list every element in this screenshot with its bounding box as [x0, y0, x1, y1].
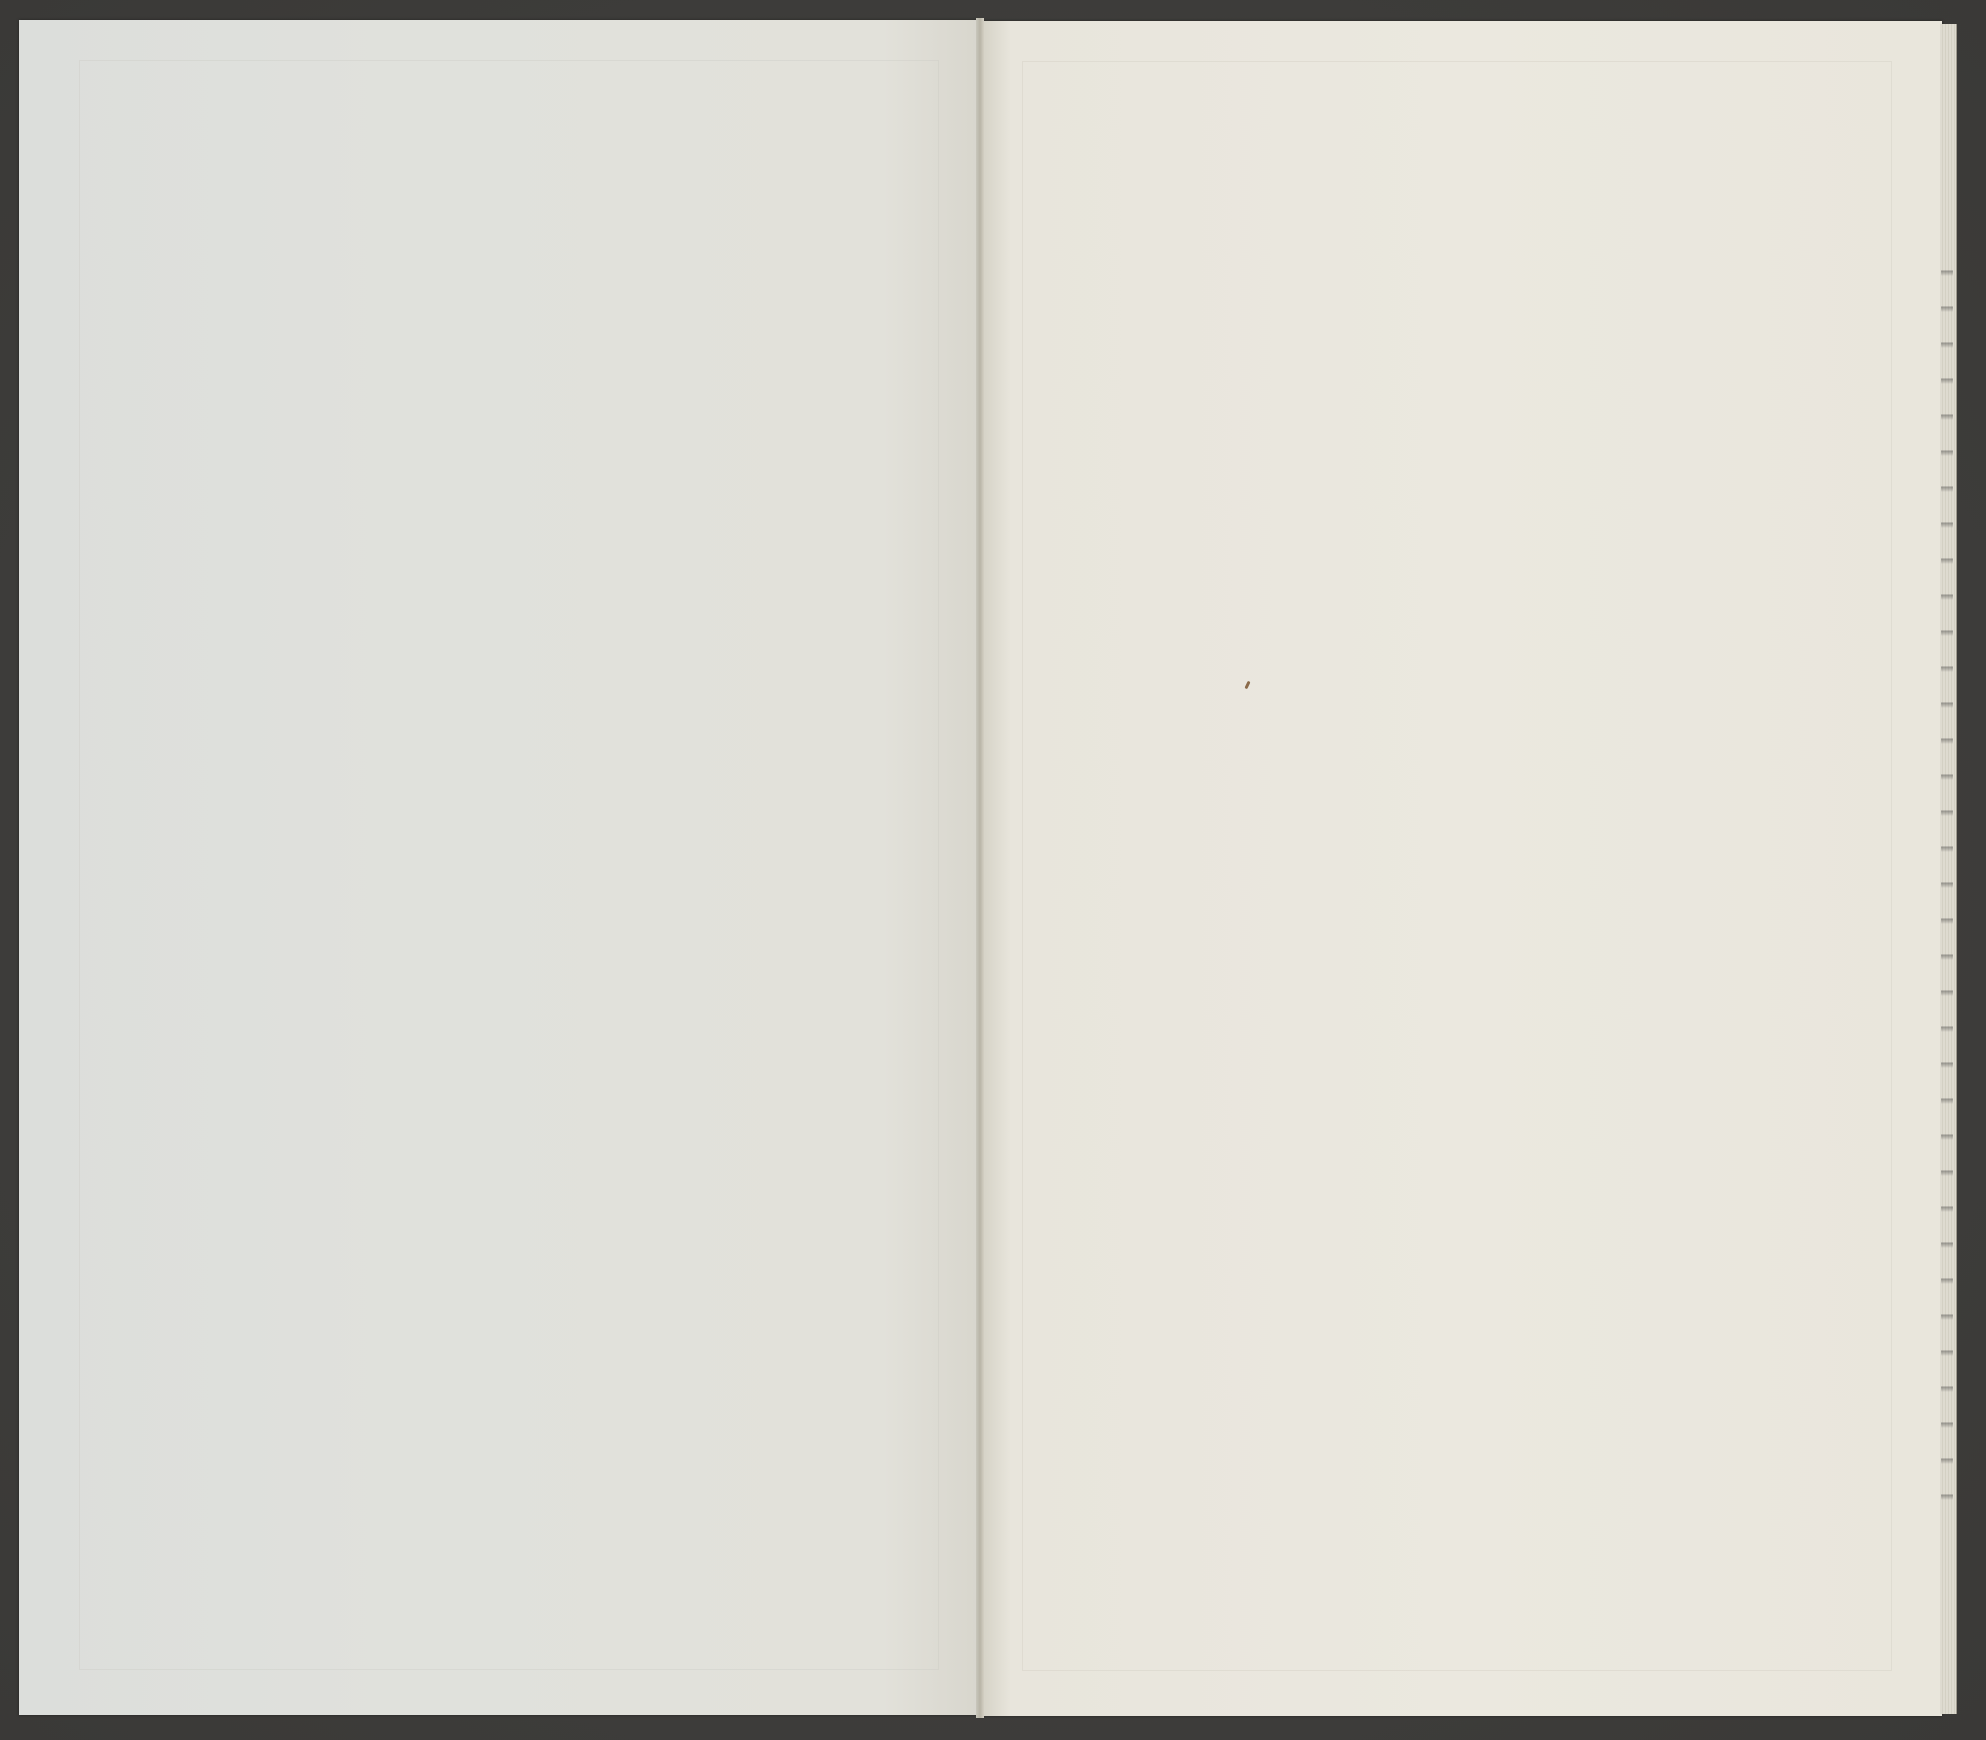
right-page-impression	[1022, 61, 1892, 1671]
fore-edge-marks	[1941, 240, 1953, 1500]
right-page	[982, 21, 1942, 1716]
left-page	[19, 20, 979, 1715]
book-gutter	[976, 18, 984, 1718]
left-page-impression	[79, 60, 939, 1670]
